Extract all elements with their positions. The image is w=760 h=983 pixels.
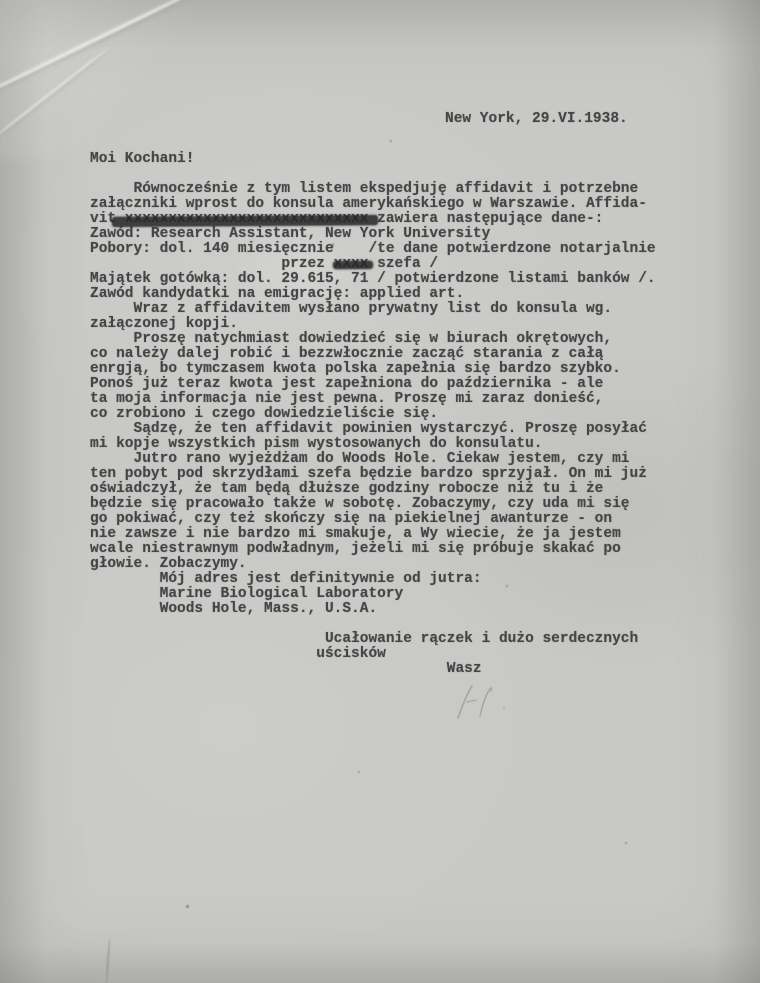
paper-speck [390,140,392,142]
letter-body: Równocześnie z tym listem ekspedjuję aff… [90,182,656,677]
pencil-signature-mark [442,680,542,725]
paper-speck [625,842,627,844]
paper-speck [358,771,360,773]
paper-speck [186,905,189,908]
overstrike-redaction-mark [112,215,378,227]
paper-bottom-crease [105,938,110,983]
overstrike-redaction-mark [333,261,373,269]
paper-speck [506,585,508,587]
paper-speck [332,243,334,247]
letter-scan-page: New York, 29.VI.1938. Moi Kochani! Równo… [0,0,760,983]
dateline: New York, 29.VI.1938. [445,112,628,127]
paper-speck [588,362,591,365]
paper-fold-crease [0,0,213,102]
salutation: Moi Kochani! [90,152,194,167]
